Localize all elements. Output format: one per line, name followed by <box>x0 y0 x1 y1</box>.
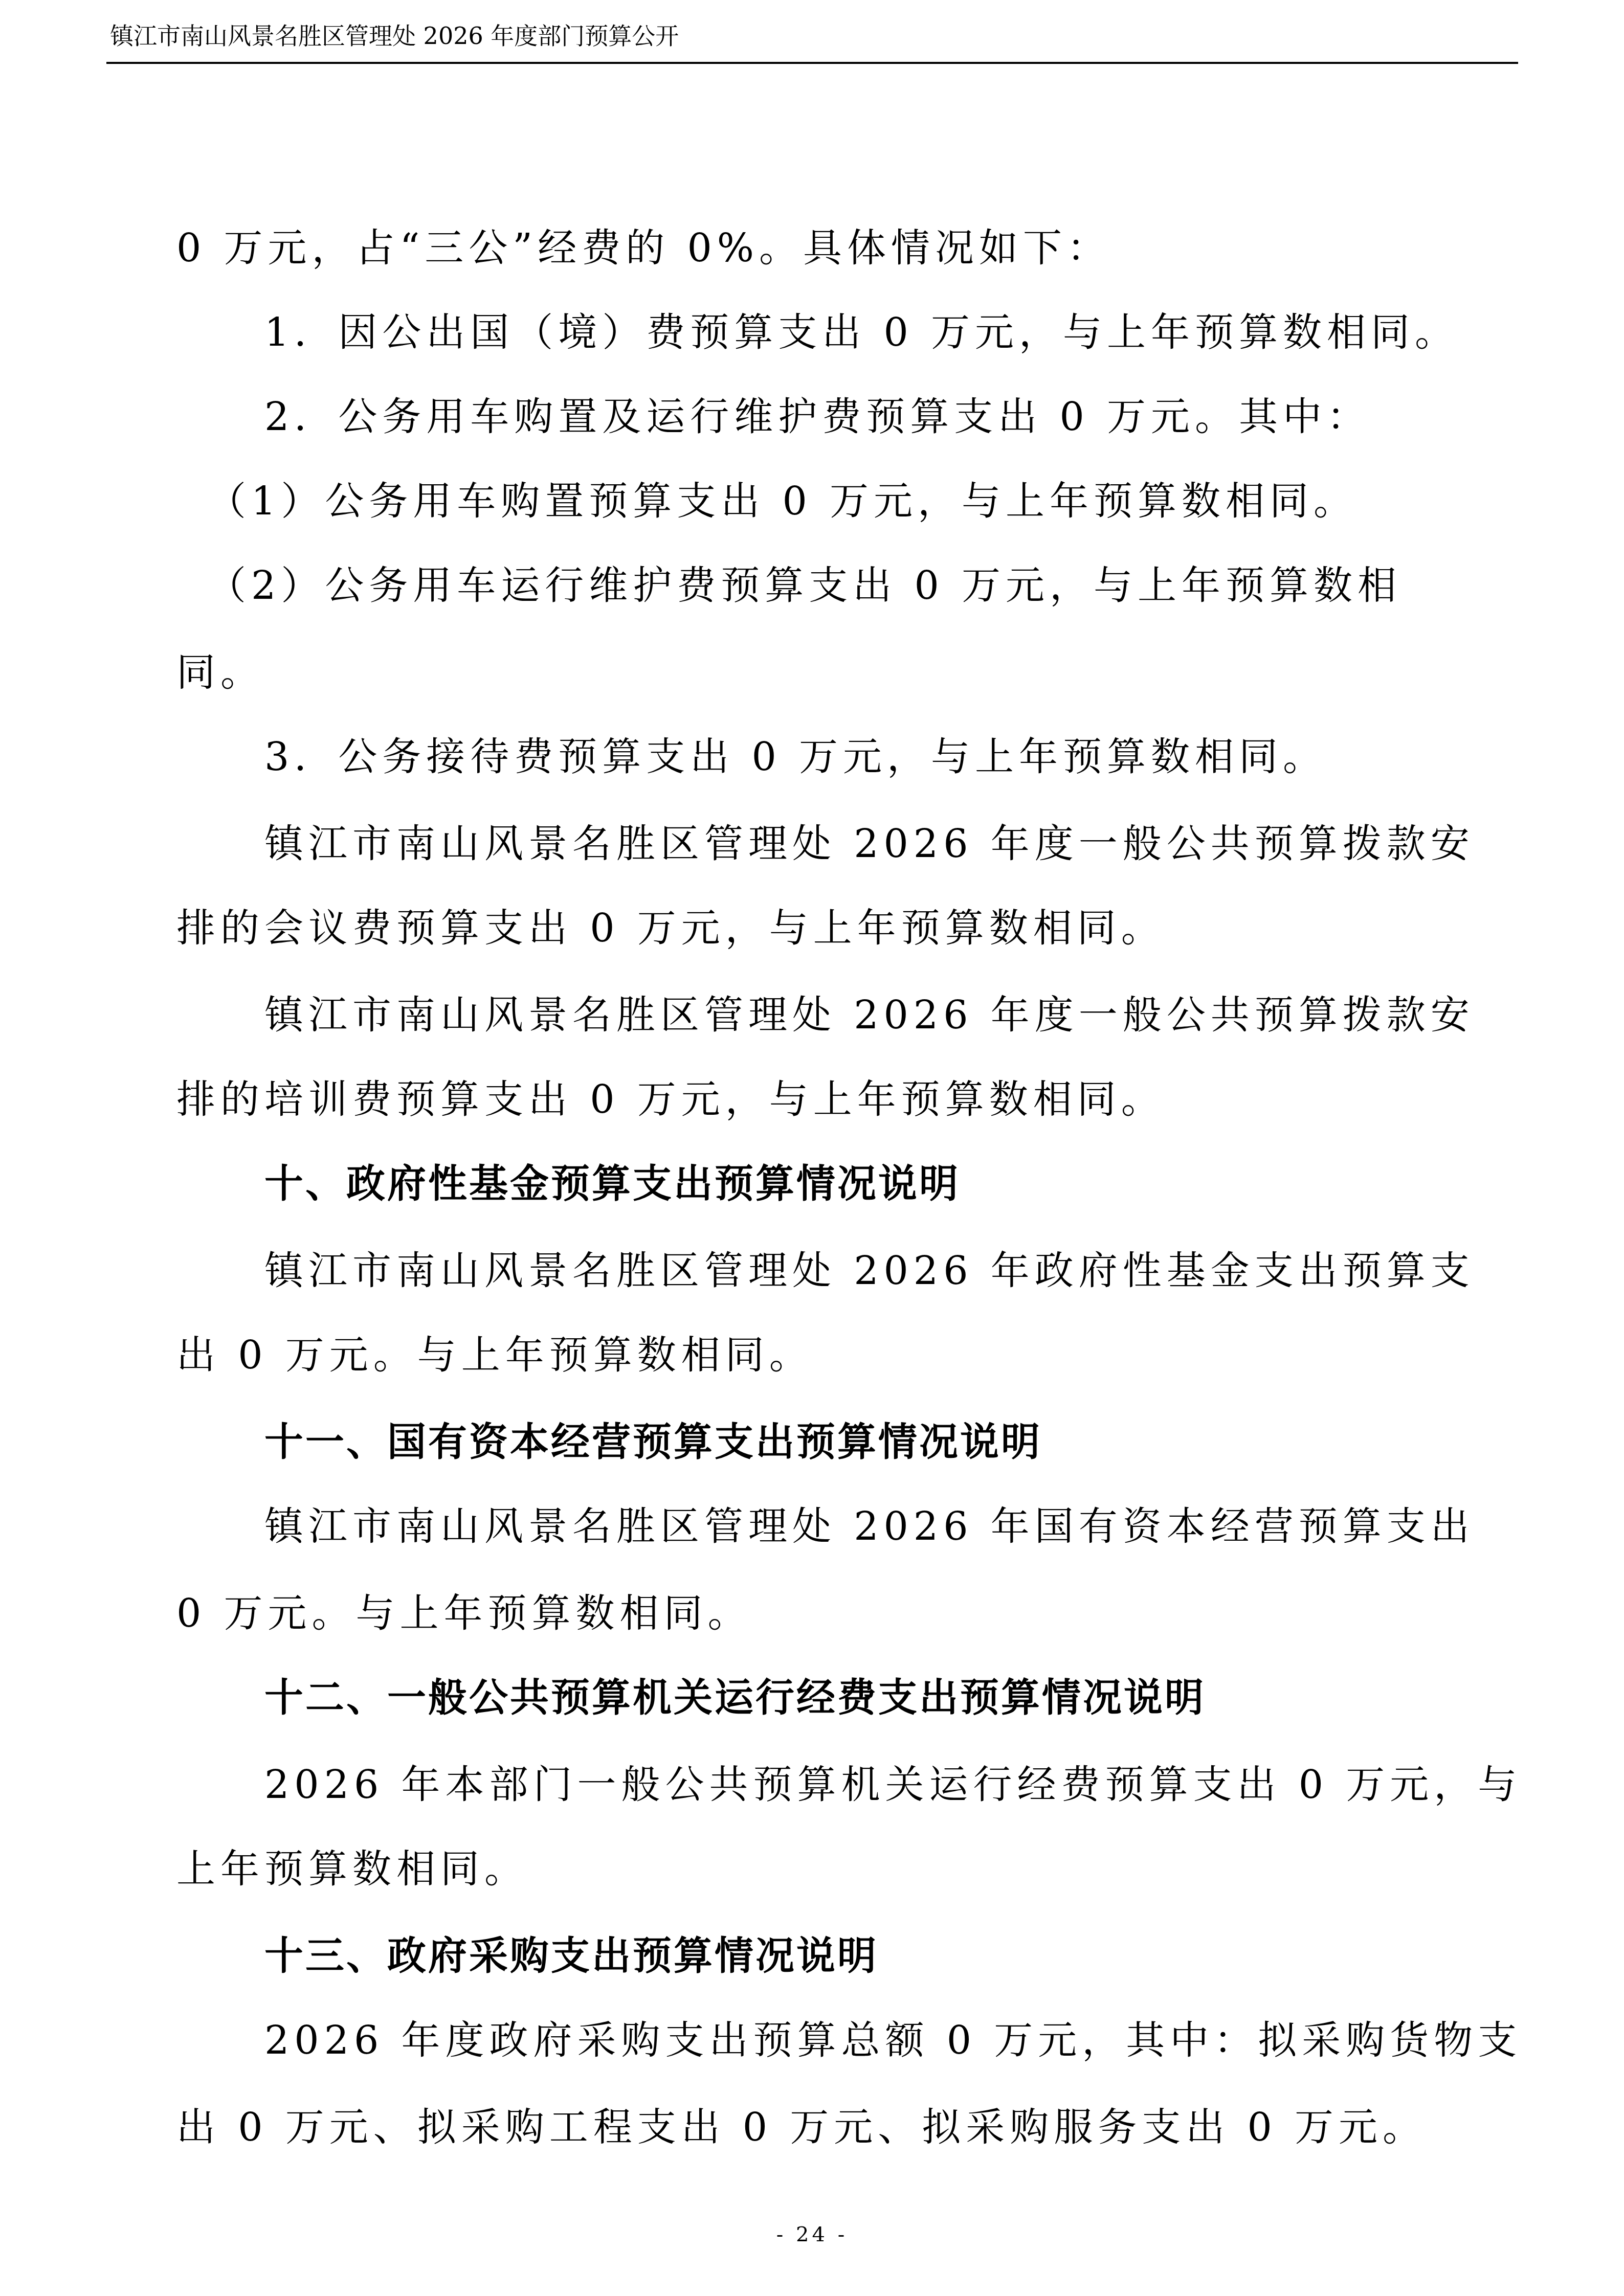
header-divider <box>106 62 1518 64</box>
list-item: 3．公务接待费预算支出 0 万元，与上年预算数相同。 <box>264 731 1327 782</box>
body-line: 0 万元。与上年预算数相同。 <box>176 1588 752 1639</box>
body-line: 出 0 万元、拟采购工程支出 0 万元、拟采购服务支出 0 万元。 <box>176 2102 1427 2153</box>
list-item: 1．因公出国（境）费预算支出 0 万元，与上年预算数相同。 <box>264 307 1459 358</box>
list-item: 2．公务用车购置及运行维护费预算支出 0 万元。其中： <box>264 391 1371 442</box>
paragraph-line: 2026 年本部门一般公共预算机关运行经费预算支出 0 万元，与 <box>264 1759 1522 1810</box>
body-line: 排的会议费预算支出 0 万元，与上年预算数相同。 <box>176 903 1165 954</box>
page-number: - 24 - <box>0 2219 1624 2250</box>
body-line: 0 万元，占“三公”经费的 0%。具体情况如下： <box>176 222 1111 274</box>
sub-list-item: （1）公务用车购置预算支出 0 万元，与上年预算数相同。 <box>207 476 1358 527</box>
section-heading: 十二、一般公共预算机关运行经费支出预算情况说明 <box>264 1672 1206 1723</box>
body-line: 上年预算数相同。 <box>176 1843 528 1895</box>
paragraph-line: 2026 年度政府采购支出预算总额 0 万元，其中：拟采购货物支 <box>264 2015 1522 2066</box>
paragraph-line: 镇江市南山风景名胜区管理处 2026 年度一般公共预算拨款安 <box>264 989 1475 1041</box>
paragraph-line: 镇江市南山风景名胜区管理处 2026 年国有资本经营预算支出 <box>264 1501 1475 1552</box>
sub-list-item: （2）公务用车运行维护费预算支出 0 万元，与上年预算数相 <box>207 560 1401 611</box>
section-heading: 十、政府性基金预算支出预算情况说明 <box>264 1158 960 1209</box>
body-line: 同。 <box>176 647 264 698</box>
paragraph-line: 镇江市南山风景名胜区管理处 2026 年度一般公共预算拨款安 <box>264 818 1475 869</box>
header-title: 镇江市南山风景名胜区管理处 2026 年度部门预算公开 <box>110 20 679 51</box>
section-heading: 十一、国有资本经营预算支出预算情况说明 <box>264 1416 1042 1468</box>
body-line: 出 0 万元。与上年预算数相同。 <box>176 1330 813 1381</box>
paragraph-line: 镇江市南山风景名胜区管理处 2026 年政府性基金支出预算支 <box>264 1245 1475 1296</box>
section-heading: 十三、政府采购支出预算情况说明 <box>264 1930 878 1982</box>
body-line: 排的培训费预算支出 0 万元，与上年预算数相同。 <box>176 1074 1165 1125</box>
